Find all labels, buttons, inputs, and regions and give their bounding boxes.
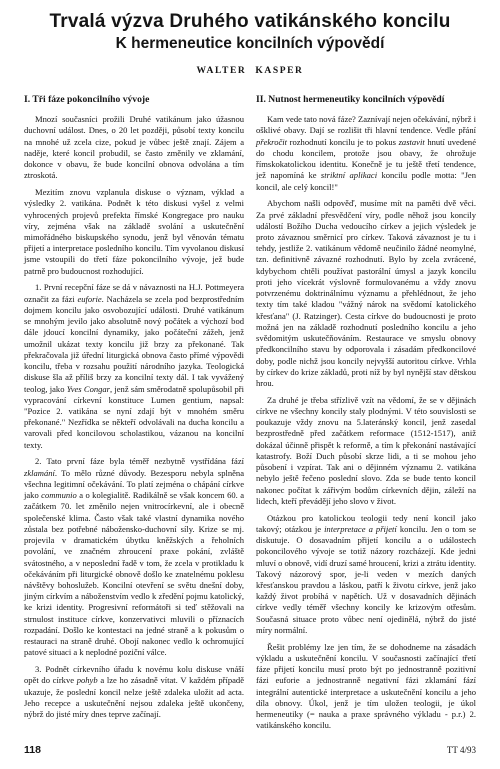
paragraph: 1. První recepční fáze se dá v návaznost… (24, 282, 244, 451)
paragraph: Za druhé je třeba střízlivě vzít na vědo… (256, 395, 476, 507)
page-title: Trvalá výzva Druhého vatikánského koncil… (24, 11, 476, 32)
section-heading-left: I. Tři fáze pokoncilního vývoje (24, 94, 244, 106)
page-subtitle: K hermeneutice koncilních výpovědí (24, 34, 476, 53)
page-footer: 118 TT 4/93 (24, 744, 476, 756)
two-column-body: I. Tři fáze pokoncilního vývoje Mnozí so… (24, 94, 476, 737)
paragraph: Abychom našli odpověď, musíme mít na pam… (256, 198, 476, 389)
paragraph: Mnozí současníci prožili Druhé vatikánum… (24, 114, 244, 181)
title-block: Trvalá výzva Druhého vatikánského koncil… (24, 11, 476, 54)
section-heading-right: II. Nutnost hermeneutiky koncilních výpo… (256, 94, 476, 106)
column-left: I. Tři fáze pokoncilního vývoje Mnozí so… (24, 94, 244, 737)
article-page: Trvalá výzva Druhého vatikánského koncil… (0, 0, 500, 737)
paragraph: 3. Podnět církevního úřadu k novému kolu… (24, 664, 244, 720)
paragraph: Mezitím znovu vzplanula diskuse o význam… (24, 187, 244, 277)
footer-journal-ref: TT 4/93 (447, 745, 476, 755)
paragraph: Kam vede tato nová fáze? Zaznívají nejen… (256, 114, 476, 193)
paragraph: 2. Tato první fáze byla téměř nezbytně v… (24, 456, 244, 658)
author-name: WALTER KASPER (24, 66, 476, 76)
paragraph: Řešit problémy lze jen tím, že se dohodn… (256, 642, 476, 732)
paragraph: Otázkou pro katolickou teologii tedy nen… (256, 513, 476, 637)
column-right: II. Nutnost hermeneutiky koncilních výpo… (256, 94, 476, 737)
footer-page-number: 118 (24, 744, 41, 756)
